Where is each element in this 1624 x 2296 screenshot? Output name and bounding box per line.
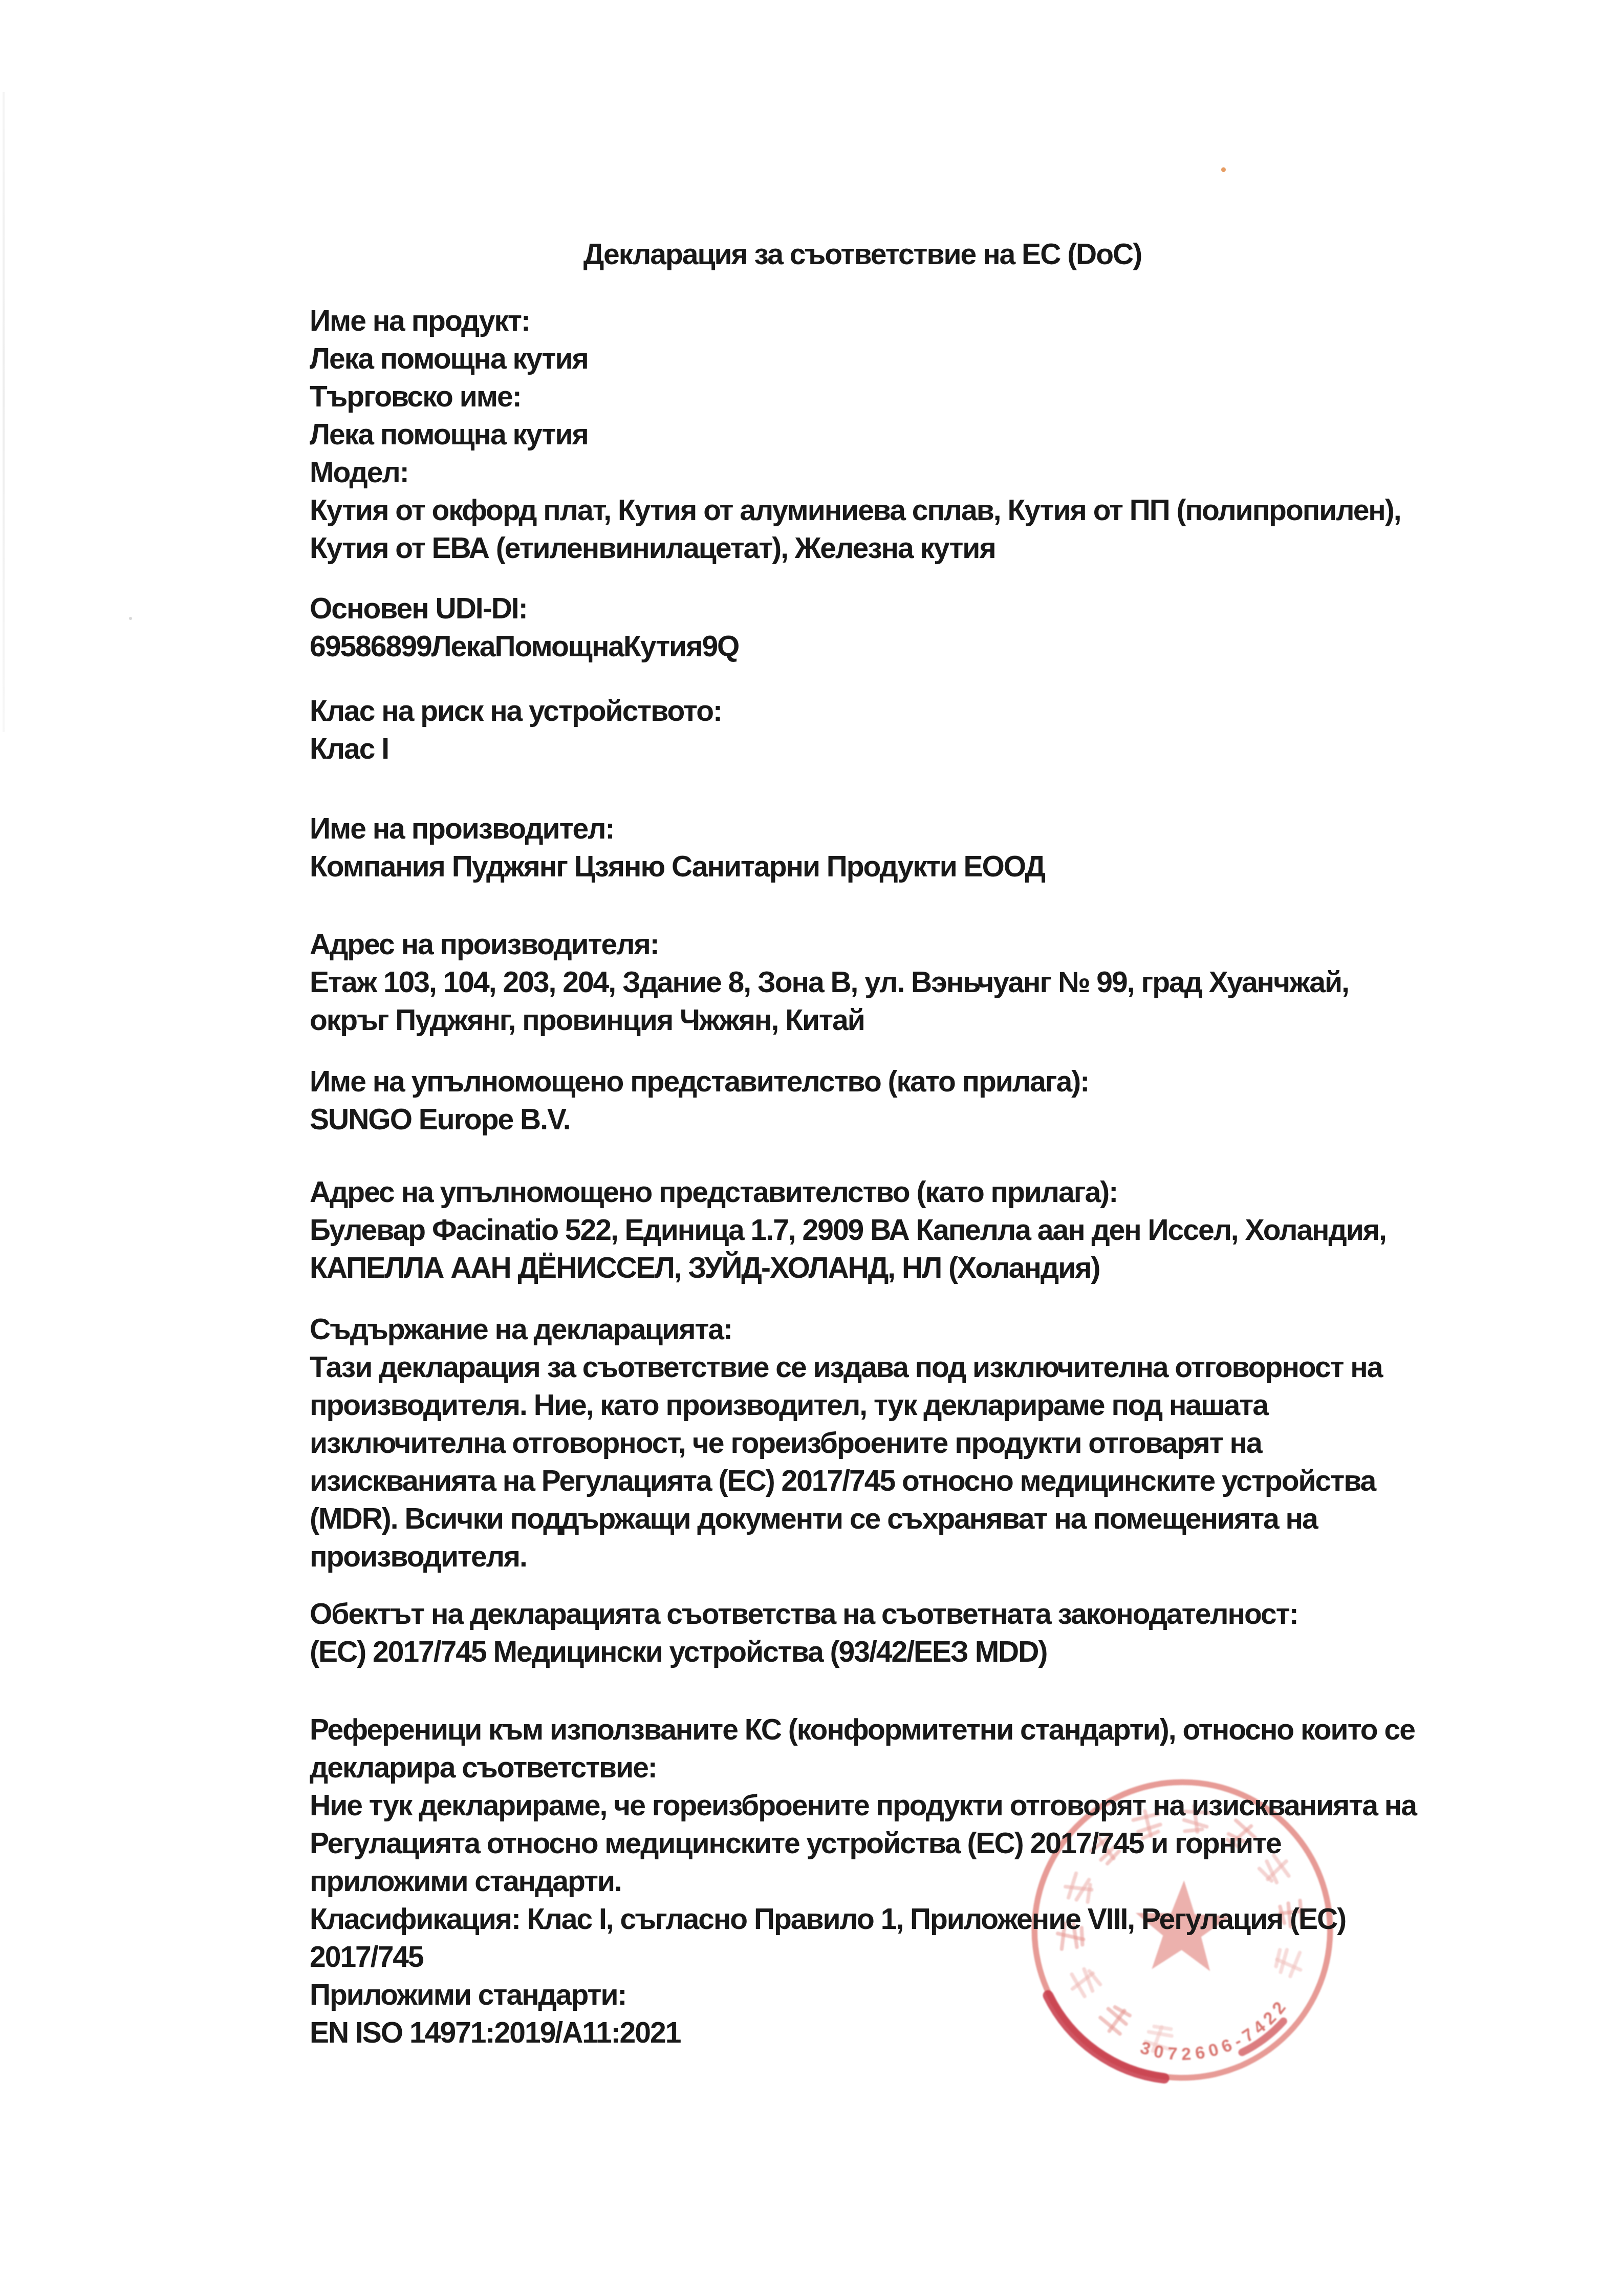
doc-line: Име на продукт: <box>310 302 1415 340</box>
document-title: Декларация за съответствие на ЕС (DoC) <box>310 235 1415 273</box>
doc-line: 69586899ЛекаПомощнаКутия9Q <box>310 628 1415 666</box>
scanned-document-page: Декларация за съответствие на ЕС (DoC) И… <box>0 0 1624 2296</box>
doc-line: Адрес на упълномощено представителство (… <box>310 1173 1415 1211</box>
doc-line: Клас на риск на устройството: <box>310 692 1415 730</box>
doc-line: SUNGO Europe B.V. <box>310 1101 1415 1139</box>
doc-section-legislation: Обектът на декларацията съответства на с… <box>310 1595 1415 1671</box>
doc-section-authorized-representative-name: Име на упълномощено представителство (ка… <box>310 1063 1415 1139</box>
doc-line: производителя. <box>310 1538 1415 1576</box>
doc-line: окръг Пуджянг, провинция Чжжян, Китай <box>310 1001 1415 1039</box>
doc-section-manufacturer-address: Адрес на производителя:Етаж 103, 104, 20… <box>310 926 1415 1039</box>
doc-line: производителя. Ние, като производител, т… <box>310 1386 1415 1424</box>
doc-line: (MDR). Всички поддържащи документи се съ… <box>310 1500 1415 1538</box>
doc-line: Лека помощна кутия <box>310 416 1415 454</box>
doc-line: Булевар Фacinatio 522, Единица 1.7, 2909… <box>310 1211 1415 1249</box>
doc-line: Модел: <box>310 454 1415 491</box>
doc-line: Референици към използваните КС (конформи… <box>310 1711 1415 1749</box>
document-sections: Име на продукт:Лека помощна кутияТърговс… <box>310 302 1415 2052</box>
doc-line: Име на производител: <box>310 810 1415 848</box>
doc-line: Основен UDI-DI: <box>310 590 1415 628</box>
doc-line: Кутия от ЕВА (етиленвинилацетат), Железн… <box>310 529 1415 567</box>
doc-line: приложими стандарти. <box>310 1862 1415 1900</box>
doc-line: Компания Пуджянг Цзяню Санитарни Продукт… <box>310 848 1415 886</box>
doc-line: (ЕС) 2017/745 Медицински устройства (93/… <box>310 1633 1415 1671</box>
doc-line: изключителна отговорност, че гореизброен… <box>310 1424 1415 1462</box>
doc-line: Тази декларация за съответствие се издав… <box>310 1348 1415 1386</box>
doc-line: Приложими стандарти: <box>310 1976 1415 2014</box>
doc-line: Клас I <box>310 730 1415 768</box>
doc-line: Кутия от окфорд плат, Кутия от алуминиев… <box>310 491 1415 529</box>
scan-speck <box>129 617 132 620</box>
doc-line: Етаж 103, 104, 203, 204, Здание 8, Зона … <box>310 963 1415 1001</box>
doc-line: Съдържание на декларацията: <box>310 1311 1415 1348</box>
document-body: Декларация за съответствие на ЕС (DoC) И… <box>310 235 1415 2052</box>
doc-line: Класификация: Клас I, съгласно Правило 1… <box>310 1900 1415 1938</box>
doc-line: изискванията на Регулацията (ЕС) 2017/74… <box>310 1462 1415 1500</box>
doc-section-declaration-content: Съдържание на декларацията:Тази декларац… <box>310 1311 1415 1576</box>
scan-edge-artifact <box>3 92 5 732</box>
doc-section-authorized-representative-address: Адрес на упълномощено представителство (… <box>310 1173 1415 1287</box>
doc-line: Лека помощна кутия <box>310 340 1415 378</box>
doc-section-risk-class: Клас на риск на устройството:Клас I <box>310 692 1415 768</box>
doc-line: 2017/745 <box>310 1938 1415 1976</box>
doc-section-manufacturer-name: Име на производител:Компания Пуджянг Цзя… <box>310 810 1415 886</box>
doc-section-product: Име на продукт:Лека помощна кутияТърговс… <box>310 302 1415 567</box>
doc-section-standards-references: Референици към използваните КС (конформи… <box>310 1711 1415 2052</box>
doc-line: Адрес на производителя: <box>310 926 1415 963</box>
doc-line: КАПЕЛЛА ААН ДЁНИССЕЛ, ЗУЙД-ХОЛАНД, НЛ (Х… <box>310 1249 1415 1287</box>
doc-line: Ние тук декларираме, че гореизброените п… <box>310 1787 1415 1825</box>
doc-section-udi-di: Основен UDI-DI:69586899ЛекаПомощнаКутия9… <box>310 590 1415 666</box>
doc-line: декларира съответствие: <box>310 1749 1415 1787</box>
scan-speck <box>1221 167 1226 172</box>
doc-line: Обектът на декларацията съответства на с… <box>310 1595 1415 1633</box>
doc-line: Регулацията относно медицинските устройс… <box>310 1825 1415 1862</box>
doc-line: Име на упълномощено представителство (ка… <box>310 1063 1415 1101</box>
doc-line: EN ISO 14971:2019/A11:2021 <box>310 2014 1415 2052</box>
doc-line: Търговско име: <box>310 378 1415 416</box>
